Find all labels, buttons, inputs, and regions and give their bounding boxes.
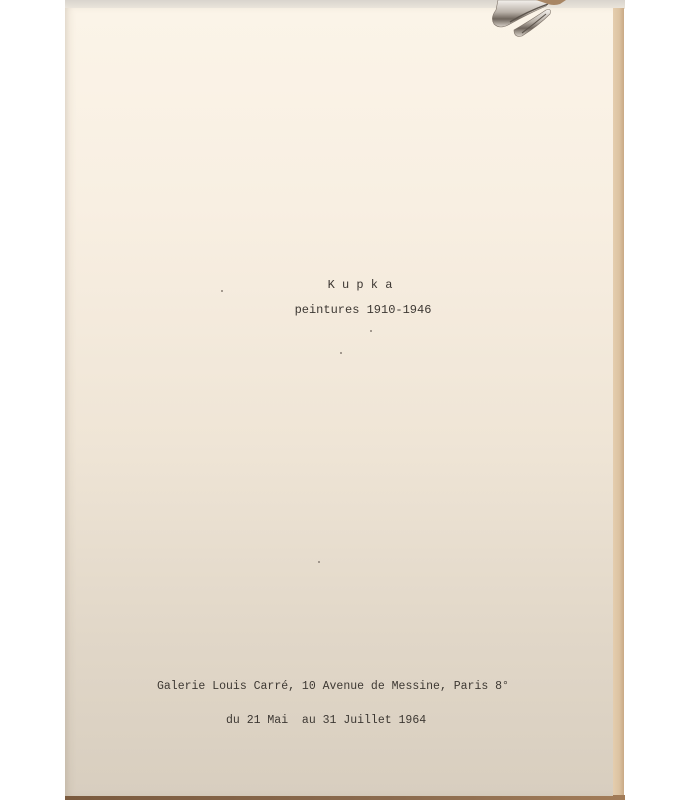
ink-speck: [318, 561, 320, 563]
ink-speck: [221, 290, 223, 292]
catalogue-photo: K u p k a peintures 1910-1946 Galerie Lo…: [0, 0, 700, 800]
ink-speck: [370, 330, 372, 332]
title-page: [65, 8, 613, 796]
exhibition-dates: du 21 Mai au 31 Juillet 1964: [226, 714, 426, 727]
page-subtitle: peintures 1910-1946: [0, 303, 700, 317]
silver-clip-icon: [488, 0, 568, 38]
page-title: K u p k a: [0, 278, 700, 292]
ink-speck: [340, 352, 342, 354]
page-stack-edge: [612, 8, 624, 798]
gallery-address: Galerie Louis Carré, 10 Avenue de Messin…: [157, 680, 509, 693]
